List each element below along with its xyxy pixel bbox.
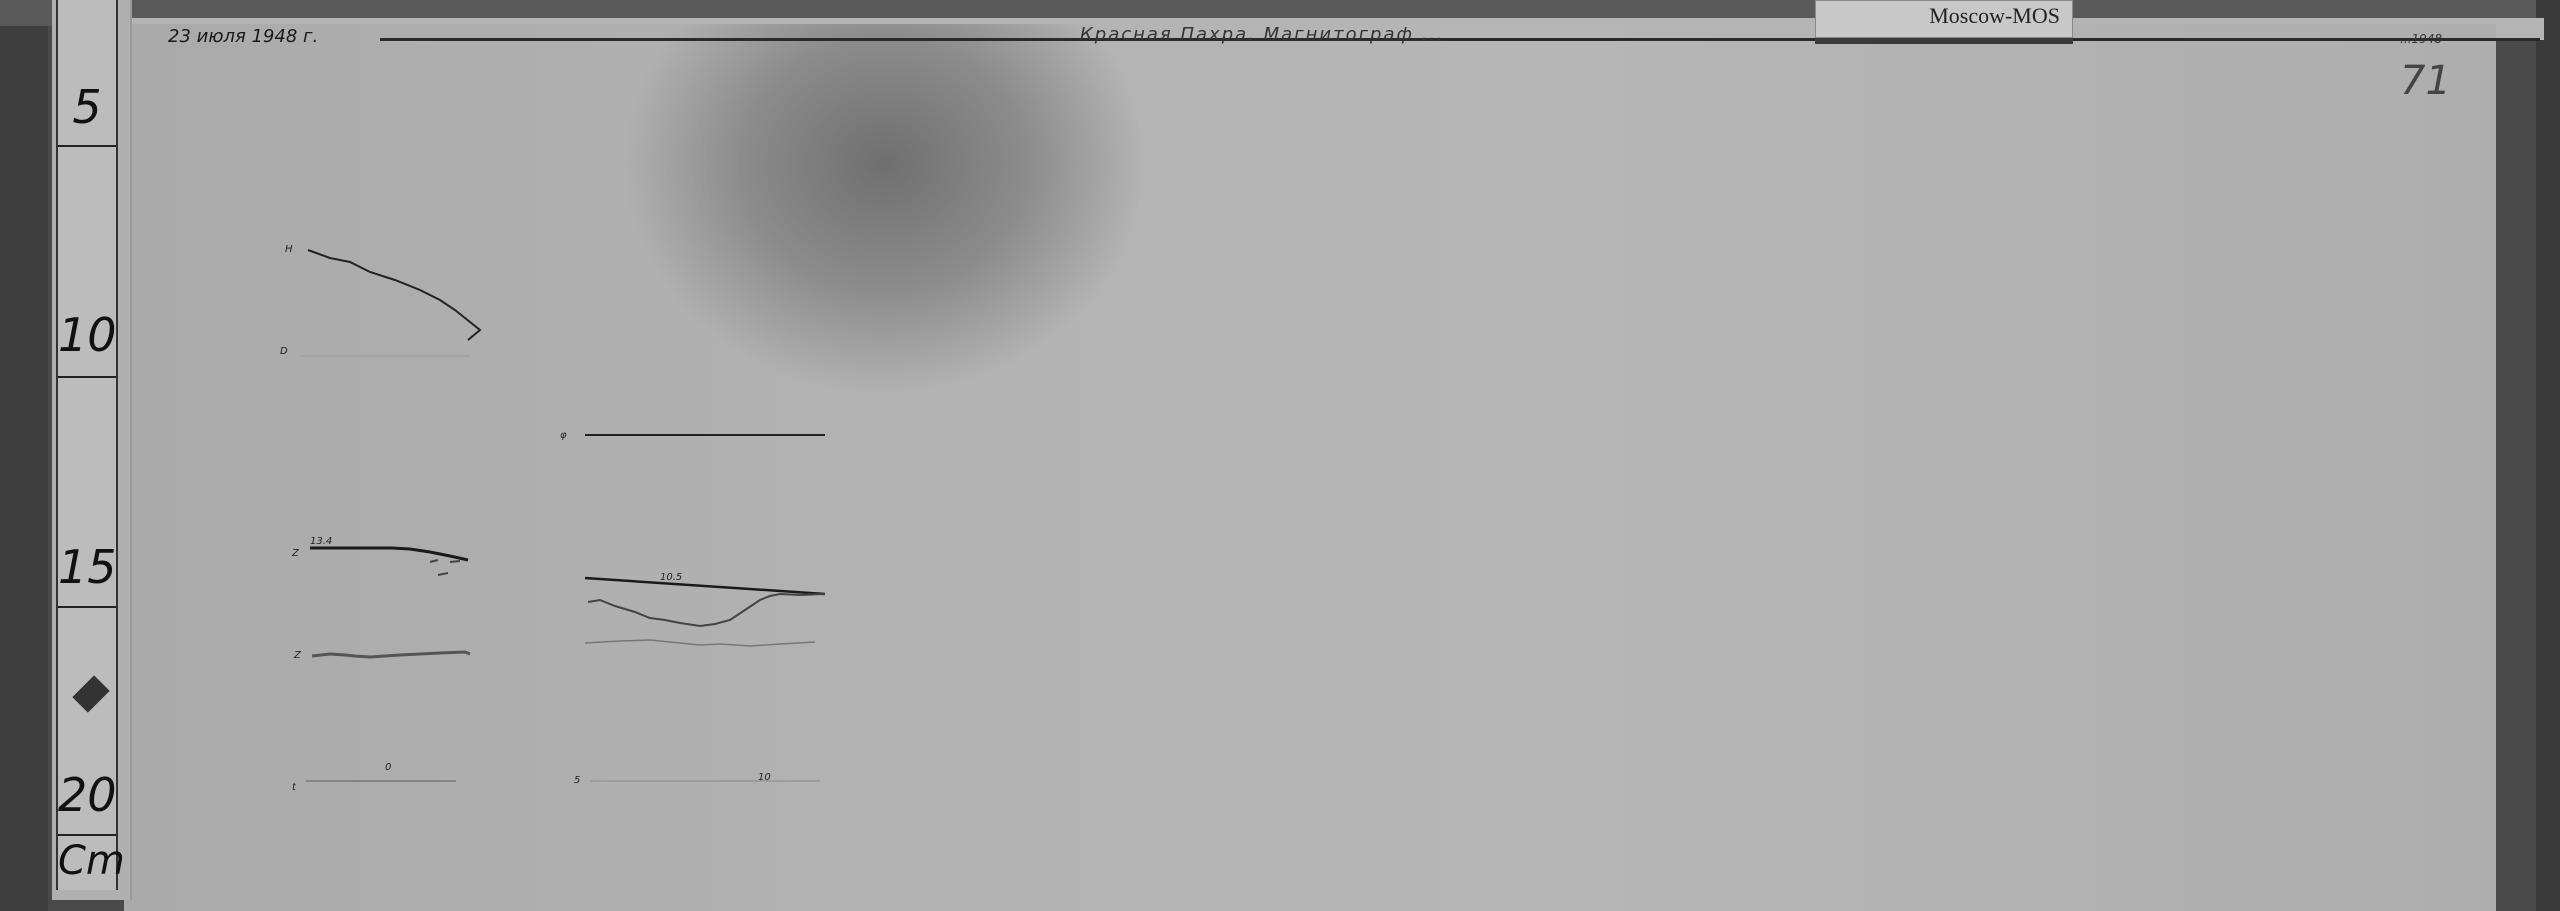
trace-faint: [585, 640, 815, 646]
trace-z2: [312, 652, 470, 657]
trace-label-z: Z: [291, 548, 300, 559]
trace-label-phi: φ: [560, 430, 567, 441]
trace-dip: [588, 594, 825, 626]
trace-label-t: t: [292, 782, 297, 793]
trace-label-h: H: [285, 244, 293, 255]
trace-z: [310, 548, 468, 560]
trace-annotation-t: 0: [385, 762, 391, 773]
trace-ref: [585, 578, 825, 594]
trace-annotation-z: 13.4: [310, 536, 332, 547]
trace-label-d: D: [280, 346, 288, 357]
time-scale-start: 5: [574, 775, 580, 786]
trace-annotation-ref: 10.5: [660, 572, 682, 583]
magnetogram-traces: H D Z 13.4 Z t 0 φ 10.5 5 10: [0, 0, 2560, 911]
trace-h: [308, 250, 480, 340]
trace-label-z2: Z: [293, 650, 302, 661]
